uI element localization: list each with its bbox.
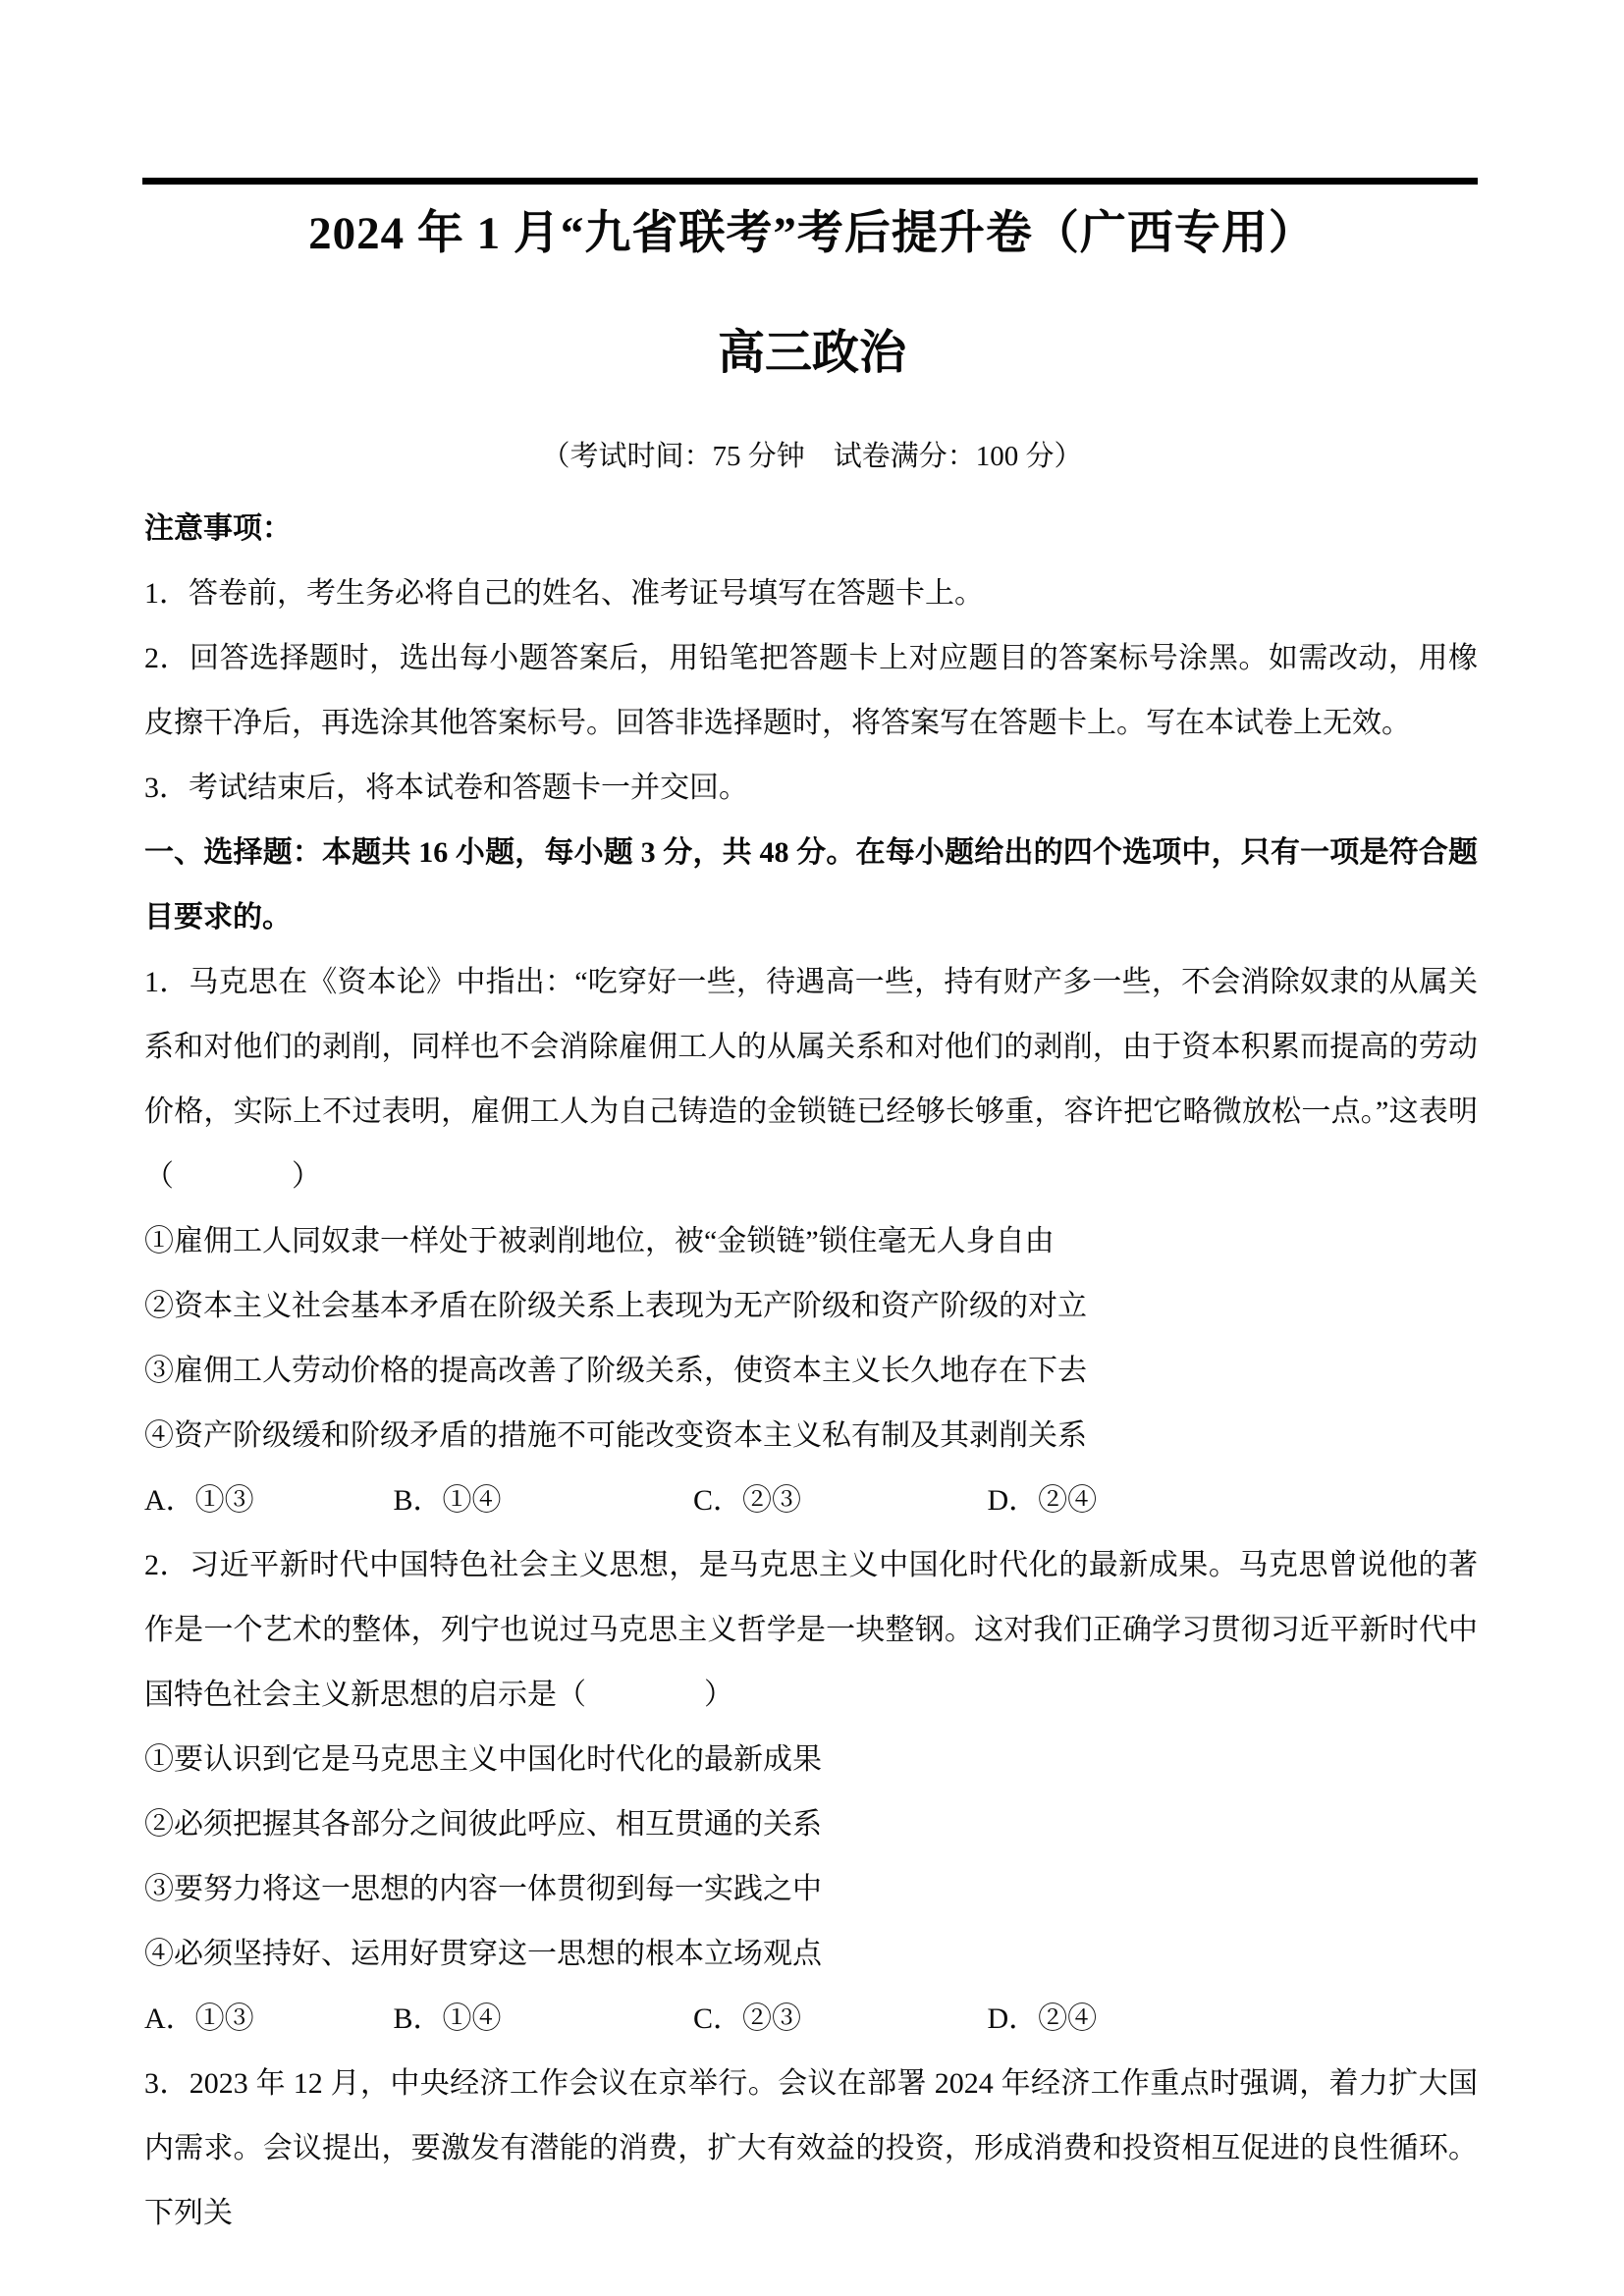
question-2-statement-3: ③要努力将这一思想的内容一体贯彻到每一实践之中 bbox=[144, 1857, 1478, 1922]
question-1-choice-d: D．②④ bbox=[988, 1468, 1098, 1533]
question-1-statement-2: ②资本主义社会基本矛盾在阶级关系上表现为无产阶级和资产阶级的对立 bbox=[144, 1274, 1478, 1339]
paper-title: 2024 年 1 月“九省联考”考后提升卷（广西专用） bbox=[0, 204, 1624, 263]
question-2-statement-2: ②必须把握其各部分之间彼此呼应、相互贯通的关系 bbox=[144, 1792, 1478, 1857]
section-heading: 一、选择题：本题共 16 小题，每小题 3 分，共 48 分。在每小题给出的四个… bbox=[144, 821, 1478, 950]
notice-item-3: 3．考试结束后，将本试卷和答题卡一并交回。 bbox=[144, 756, 1478, 821]
question-1-choice-b: B．①④ bbox=[394, 1468, 686, 1533]
question-1-choices: A．①③ B．①④ C．②③ D．②④ bbox=[144, 1468, 1478, 1533]
question-1-choice-c: C．②③ bbox=[693, 1468, 980, 1533]
question-2-choice-d: D．②④ bbox=[988, 1987, 1098, 2052]
question-2-statement-1: ①要认识到它是马克思主义中国化时代化的最新成果 bbox=[144, 1728, 1478, 1792]
question-3-stem: 3．2023 年 12 月，中央经济工作会议在京举行。会议在部署 2024 年经… bbox=[144, 2052, 1478, 2246]
question-1-stem: 1．马克思在《资本论》中指出：“吃穿好一些，待遇高一些，持有财产多一些，不会消除… bbox=[144, 950, 1478, 1209]
question-2: 2．习近平新时代中国特色社会主义思想，是马克思主义中国化时代化的最新成果。马克思… bbox=[144, 1533, 1478, 2052]
paper-subject: 高三政治 bbox=[0, 324, 1624, 383]
notice-item-2: 2．回答选择题时，选出每小题答案后，用铅笔把答题卡上对应题目的答案标号涂黑。如需… bbox=[144, 626, 1478, 756]
question-2-choices: A．①③ B．①④ C．②③ D．②④ bbox=[144, 1987, 1478, 2052]
question-1-statement-4: ④资产阶级缓和阶级矛盾的措施不可能改变资本主义私有制及其剥削关系 bbox=[144, 1404, 1478, 1468]
question-1: 1．马克思在《资本论》中指出：“吃穿好一些，待遇高一些，持有财产多一些，不会消除… bbox=[144, 950, 1478, 1533]
paper-body: 注意事项： 1．答卷前，考生务必将自己的姓名、准考证号填写在答题卡上。 2．回答… bbox=[144, 497, 1478, 2246]
question-2-statement-4: ④必须坚持好、运用好贯穿这一思想的根本立场观点 bbox=[144, 1922, 1478, 1987]
question-2-stem: 2．习近平新时代中国特色社会主义思想，是马克思主义中国化时代化的最新成果。马克思… bbox=[144, 1533, 1478, 1728]
question-2-choice-c: C．②③ bbox=[693, 1987, 980, 2052]
question-3: 3．2023 年 12 月，中央经济工作会议在京举行。会议在部署 2024 年经… bbox=[144, 2052, 1478, 2246]
notice-heading: 注意事项： bbox=[144, 497, 1478, 561]
question-1-statement-3: ③雇佣工人劳动价格的提高改善了阶级关系，使资本主义长久地存在下去 bbox=[144, 1339, 1478, 1404]
question-2-choice-b: B．①④ bbox=[394, 1987, 686, 2052]
exam-info: （考试时间：75 分钟 试卷满分：100 分） bbox=[0, 436, 1624, 477]
header-divider bbox=[142, 178, 1478, 185]
exam-paper-page: 2024 年 1 月“九省联考”考后提升卷（广西专用） 高三政治 （考试时间：7… bbox=[0, 0, 1624, 2296]
question-1-choice-a: A．①③ bbox=[144, 1468, 386, 1533]
question-2-choice-a: A．①③ bbox=[144, 1987, 386, 2052]
question-1-statement-1: ①雇佣工人同奴隶一样处于被剥削地位，被“金锁链”锁住毫无人身自由 bbox=[144, 1209, 1478, 1274]
notice-item-1: 1．答卷前，考生务必将自己的姓名、准考证号填写在答题卡上。 bbox=[144, 561, 1478, 626]
